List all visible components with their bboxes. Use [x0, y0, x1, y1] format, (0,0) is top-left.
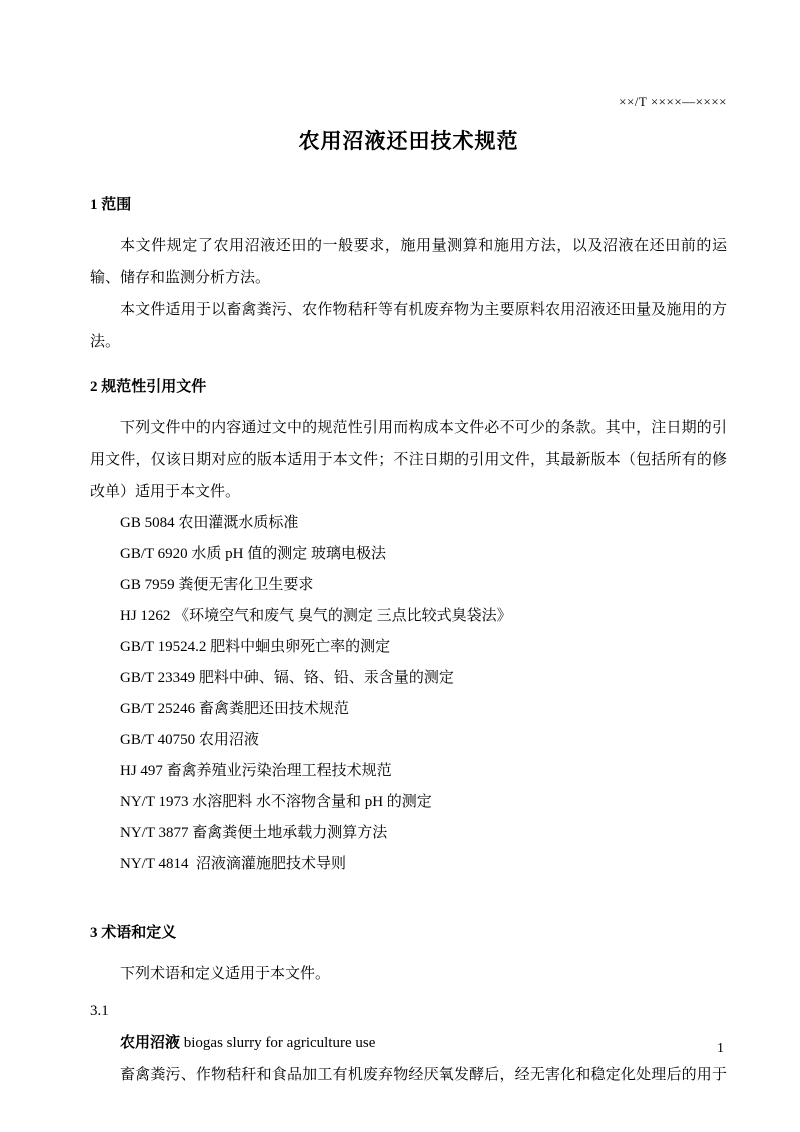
doc-number: ××/T ××××—××××: [90, 94, 727, 110]
normative-references-list: GB 5084 农田灌溉水质标准 GB/T 6920 水质 pH 值的测定 玻璃…: [90, 508, 727, 880]
page-number: 1: [717, 1040, 724, 1058]
reference-item: GB/T 6920 水质 pH 值的测定 玻璃电极法: [90, 539, 727, 570]
reference-item: GB/T 40750 农用沼液: [90, 725, 727, 756]
reference-item: GB/T 19524.2 肥料中蛔虫卵死亡率的测定: [90, 632, 727, 663]
term-line: 农用沼液 biogas slurry for agriculture use: [90, 1027, 727, 1059]
reference-item: GB 5084 农田灌溉水质标准: [90, 508, 727, 539]
term-name-en: biogas slurry for agriculture use: [184, 1035, 376, 1051]
scope-paragraph-2: 本文件适用于以畜禽粪污、农作物秸秆等有机废弃物为主要原料农用沼液还田量及施用的方…: [90, 294, 727, 358]
reference-item: HJ 1262 《环境空气和废气 臭气的测定 三点比较式臭袋法》: [90, 601, 727, 632]
references-intro: 下列文件中的内容通过文中的规范性引用而构成本文件必不可少的条款。其中，注日期的引…: [90, 412, 727, 508]
reference-item: NY/T 1973 水溶肥料 水不溶物含量和 pH 的测定: [90, 787, 727, 818]
doc-title: 农用沼液还田技术规范: [90, 126, 727, 156]
terms-intro: 下列术语和定义适用于本文件。: [90, 958, 727, 990]
reference-item: GB/T 25246 畜禽粪肥还田技术规范: [90, 694, 727, 725]
reference-item: GB/T 23349 肥料中砷、镉、铬、铅、汞含量的测定: [90, 663, 727, 694]
term-name-zh: 农用沼液: [120, 1035, 180, 1051]
section-scope-heading: 1 范围: [90, 194, 727, 216]
section-terms-heading: 3 术语和定义: [90, 922, 727, 944]
reference-item: NY/T 3877 畜禽粪便土地承载力测算方法: [90, 818, 727, 849]
reference-item: HJ 497 畜禽养殖业污染治理工程技术规范: [90, 756, 727, 787]
section-references-heading: 2 规范性引用文件: [90, 376, 727, 398]
reference-item: GB 7959 粪便无害化卫生要求: [90, 570, 727, 601]
term-number: 3.1: [90, 995, 727, 1027]
document-page: ××/T ××××—×××× 农用沼液还田技术规范 1 范围 本文件规定了农用沼…: [0, 0, 800, 1132]
scope-paragraph-1: 本文件规定了农用沼液还田的一般要求，施用量测算和施用方法，以及沼液在还田前的运输…: [90, 230, 727, 294]
term-definition: 畜禽粪污、作物秸秆和食品加工有机废弃物经厌氧发酵后，经无害化和稳定化处理后的用于…: [90, 1059, 727, 1091]
reference-item: NY/T 4814 沼液滴灌施肥技术导则: [90, 849, 727, 880]
